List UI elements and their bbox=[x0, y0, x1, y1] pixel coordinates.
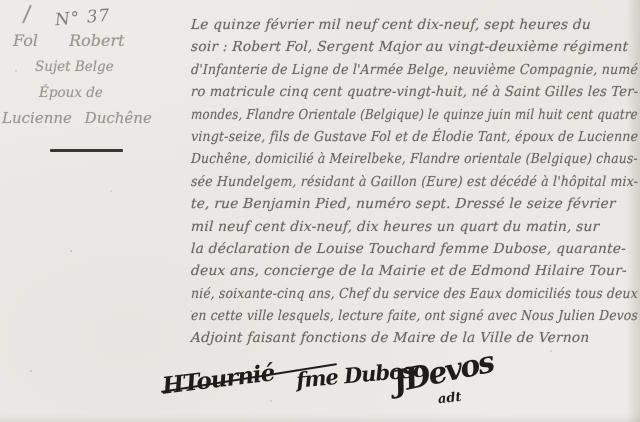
body-line: sée Hundelgem, résidant à Gaillon (Eure)… bbox=[190, 171, 597, 193]
body-line: Duchêne, domicilié à Meirelbeke, Flandre… bbox=[190, 148, 589, 170]
page-edge-shadow-bottom bbox=[0, 414, 640, 422]
margin-note-nationality: Sujet Belge bbox=[35, 59, 114, 75]
body-line: Adjoint faisant fonctions de Maire de la… bbox=[190, 327, 638, 349]
body-line: Le quinze février mil neuf cent dix-neuf… bbox=[190, 10, 638, 36]
body-line: ro matricule cinq cent quatre-vingt-huit… bbox=[190, 81, 615, 103]
margin-note-spouse-name: Lucienne Duchêne bbox=[2, 109, 152, 127]
body-line: deux ans, concierge de la Mairie et de E… bbox=[190, 260, 638, 282]
document-scan: N° 37 Fol Robert Sujet Belge Époux de Lu… bbox=[0, 0, 640, 422]
act-number: N° 37 bbox=[54, 6, 111, 31]
body-line: la déclaration de Louise Touchard femme … bbox=[190, 238, 638, 260]
body-line: d'Infanterie de Ligne de l'Armée Belge, … bbox=[190, 59, 597, 81]
margin-annotations: N° 37 Fol Robert Sujet Belge Époux de Lu… bbox=[0, 0, 190, 422]
act-body: Le quinze février mil neuf cent dix-neuf… bbox=[191, 10, 638, 350]
body-line: soir : Robert Fol, Sergent Major au ving… bbox=[190, 36, 638, 58]
body-line: te, rue Benjamin Pied, numéro sept. Dres… bbox=[190, 193, 638, 215]
signature-officer-suffix: adt bbox=[437, 390, 462, 407]
body-line: nié, soixante-cinq ans, Chef du service … bbox=[190, 283, 591, 305]
margin-note-name: Fol Robert bbox=[13, 31, 125, 50]
body-line: mil neuf cent dix-neuf, dix heures un qu… bbox=[190, 216, 638, 238]
body-line: mondes, Flandre Orientale (Belgique) le … bbox=[190, 104, 574, 126]
page-edge-shadow-right bbox=[626, 0, 640, 422]
body-line: vingt-seize, fils de Gustave Fol et de É… bbox=[190, 126, 598, 148]
margin-rule bbox=[50, 149, 123, 152]
margin-note-spouse-of: Époux de bbox=[39, 85, 103, 101]
body-line: en cette ville lesquels, lecture faite, … bbox=[190, 305, 589, 327]
